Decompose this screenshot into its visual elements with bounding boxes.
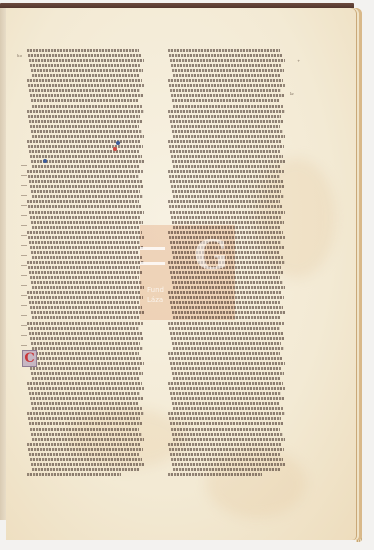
- watermark-text-line2: Láza: [147, 297, 163, 304]
- marginal-note: la: [290, 91, 294, 96]
- marginal-note: +: [297, 58, 300, 63]
- marginal-note: ho: [17, 53, 22, 58]
- watermark-stripe: [140, 247, 165, 250]
- text-line: [illegible blackletter Latin text]: [168, 472, 262, 477]
- paragraph-mark-blue: [43, 159, 47, 163]
- paragraph-mark-red: [113, 147, 117, 151]
- illuminated-initial: C: [22, 350, 37, 367]
- watermark-text-line1: Fund: [147, 287, 164, 294]
- text-column-left: [illegible blackletter Latin text][illeg…: [27, 48, 144, 478]
- text-line: [illegible blackletter Latin text]: [27, 472, 121, 477]
- watermark-glyph: G: [194, 232, 228, 279]
- paragraph-mark-blue: [116, 141, 120, 145]
- watermark-stripe: [140, 262, 165, 265]
